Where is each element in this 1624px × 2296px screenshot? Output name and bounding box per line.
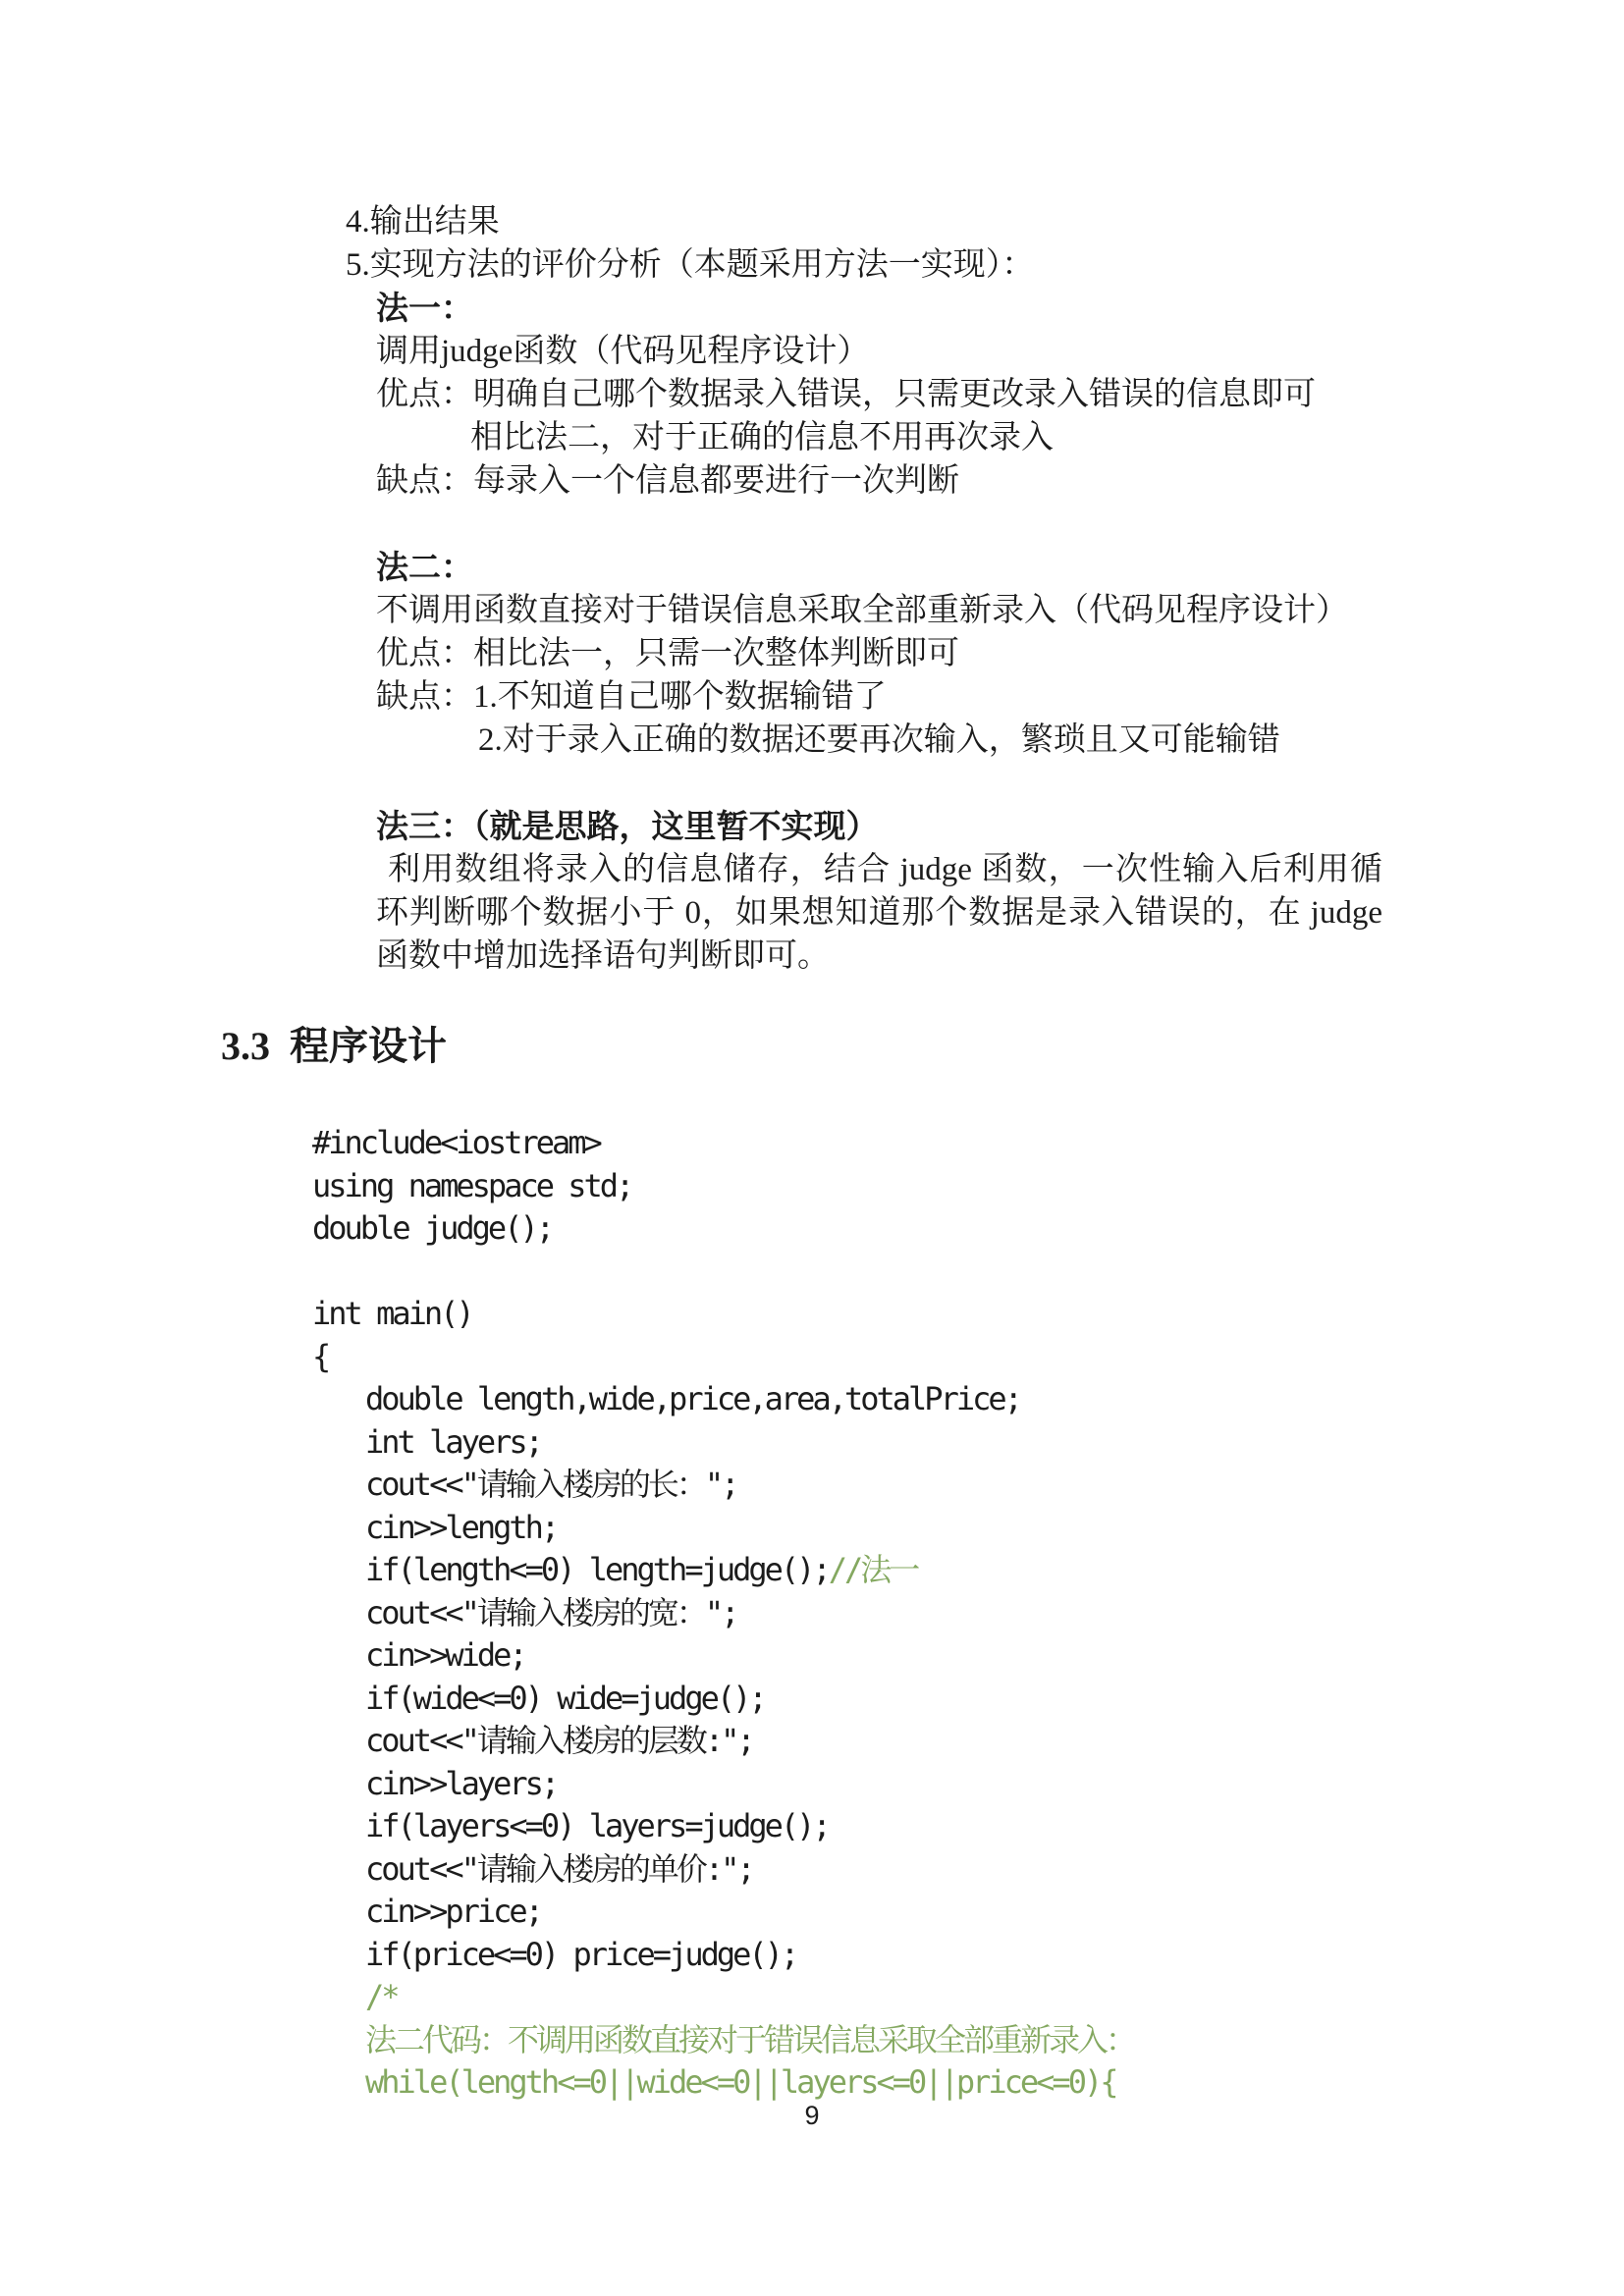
code-line: cin>>price; bbox=[365, 1891, 1624, 1934]
inline-comment: //法一 bbox=[829, 1551, 918, 1588]
code-line: cout<<"请输入楼房的层数:"; bbox=[365, 1720, 1624, 1763]
code-line: cin>>layers; bbox=[365, 1763, 1624, 1806]
code-text: double judge(); bbox=[312, 1209, 552, 1247]
code-text: { bbox=[312, 1338, 328, 1375]
code-line: cin>>wide; bbox=[365, 1634, 1624, 1678]
code-text: cout<<"请输入楼房的单价:"; bbox=[365, 1850, 753, 1888]
method3-title: 法三：（就是思路，这里暂不实现） bbox=[376, 805, 1624, 848]
code-line: if(wide<=0) wide=judge(); bbox=[365, 1678, 1624, 1721]
document-page: 4.输出结果5.实现方法的评价分析（本题采用方法一实现）：法一：调用judge函… bbox=[0, 0, 1624, 2296]
code-text: if(price<=0) price=judge(); bbox=[365, 1936, 796, 1973]
section-heading: 3.3 程序设计 bbox=[221, 1015, 447, 1071]
method2-title: 法二： bbox=[376, 546, 1624, 589]
code-line: if(layers<=0) layers=judge(); bbox=[365, 1805, 1624, 1848]
method2-cons-item1: 缺点：1.不知道自己哪个数据输错了 bbox=[376, 675, 1624, 719]
list-item-4: 4.输出结果 bbox=[346, 200, 1624, 243]
code-line-comment: /* bbox=[365, 1976, 1624, 2019]
method1-desc: 调用judge函数（代码见程序设计） bbox=[376, 330, 1624, 373]
code-text: double length,wide,price,area,totalPrice… bbox=[365, 1380, 1020, 1417]
code-text: cin>>price; bbox=[365, 1893, 541, 1930]
code-line-comment: while(length<=0||wide<=0||layers<=0||pri… bbox=[365, 2061, 1624, 2105]
code-text: cout<<"请输入楼房的宽："; bbox=[365, 1594, 736, 1631]
method2-cons-item2: 2.对于录入正确的数据还要再次输入，繁琐且又可能输错 bbox=[478, 719, 1624, 762]
method1-pros-continuation: 相比法二，对于正确的信息不用再次录入 bbox=[470, 416, 1624, 459]
code-line: if(price<=0) price=judge(); bbox=[365, 1934, 1624, 1977]
code-line: int main() bbox=[312, 1293, 1624, 1336]
code-text: if(layers<=0) layers=judge(); bbox=[365, 1807, 829, 1844]
code-line-comment: 法二代码：不调用函数直接对于错误信息采取全部重新录入： bbox=[365, 2019, 1624, 2062]
code-line: int layers; bbox=[365, 1421, 1624, 1465]
code-text: int layers; bbox=[365, 1423, 541, 1461]
code-text: /* bbox=[365, 1978, 398, 2015]
code-text: cout<<"请输入楼房的层数:"; bbox=[365, 1722, 753, 1759]
code-text: int main() bbox=[312, 1295, 472, 1332]
code-line: double length,wide,price,area,totalPrice… bbox=[365, 1378, 1624, 1421]
code-text: if(wide<=0) wide=judge(); bbox=[365, 1680, 765, 1717]
code-text: #include<iostream> bbox=[312, 1124, 600, 1161]
code-text: using namespace std; bbox=[312, 1167, 631, 1204]
method3-para-line2: 环判断哪个数据小于 0，如果想知道那个数据是录入错误的，在 judge bbox=[376, 891, 1382, 934]
method1-title: 法一： bbox=[376, 287, 1624, 330]
code-text: 法二代码：不调用函数直接对于错误信息采取全部重新录入： bbox=[365, 2021, 1134, 2058]
code-text: cin>>wide; bbox=[365, 1636, 525, 1674]
method3-para-line3: 函数中增加选择语句判断即可。 bbox=[376, 934, 1382, 978]
code-line bbox=[312, 1251, 1624, 1294]
method1-pros: 优点：明确自己哪个数据录入错误，只需更改录入错误的信息即可 bbox=[376, 373, 1624, 416]
code-listing: #include<iostream>using namespace std;do… bbox=[0, 1122, 1624, 2105]
code-line: using namespace std; bbox=[312, 1165, 1624, 1208]
method1-cons: 缺点：每录入一个信息都要进行一次判断 bbox=[376, 459, 1624, 503]
code-text: cin>>length; bbox=[365, 1509, 557, 1546]
page-number: 9 bbox=[0, 2101, 1624, 2131]
code-line: cout<<"请输入楼房的宽："; bbox=[365, 1592, 1624, 1635]
code-text: if(length<=0) length=judge(); bbox=[365, 1551, 829, 1588]
method2-desc: 不调用函数直接对于错误信息采取全部重新录入（代码见程序设计） bbox=[376, 589, 1624, 632]
blank-line bbox=[0, 503, 1624, 546]
code-text: while(length<=0||wide<=0||layers<=0||pri… bbox=[365, 2063, 1115, 2101]
code-line: cout<<"请输入楼房的长："; bbox=[365, 1464, 1624, 1507]
code-text: cout<<"请输入楼房的长："; bbox=[365, 1466, 736, 1503]
method3-para-line1: 利用数组将录入的信息储存，结合 judge 函数，一次性输入后利用循 bbox=[388, 848, 1382, 891]
code-text: cin>>layers; bbox=[365, 1765, 557, 1802]
analysis-text-block: 4.输出结果5.实现方法的评价分析（本题采用方法一实现）：法一：调用judge函… bbox=[0, 200, 1624, 978]
code-line: cout<<"请输入楼房的单价:"; bbox=[365, 1848, 1624, 1892]
code-line: cin>>length; bbox=[365, 1507, 1624, 1550]
blank-line bbox=[0, 762, 1624, 805]
code-line: { bbox=[312, 1336, 1624, 1379]
method2-pros: 优点：相比法一，只需一次整体判断即可 bbox=[376, 632, 1624, 675]
code-line: #include<iostream> bbox=[312, 1122, 1624, 1165]
code-line: double judge(); bbox=[312, 1207, 1624, 1251]
code-line: if(length<=0) length=judge();//法一 bbox=[365, 1549, 1624, 1592]
list-item-5: 5.实现方法的评价分析（本题采用方法一实现）： bbox=[346, 243, 1624, 287]
